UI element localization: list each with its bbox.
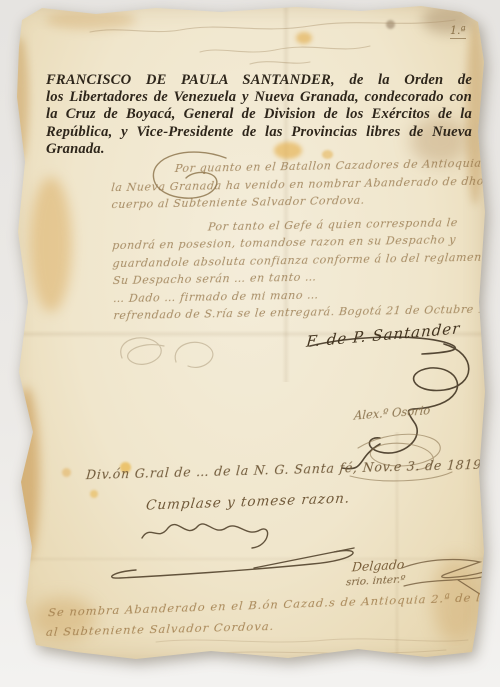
document-paper-wrapper: 1.ª FRANCISCO DE PAULA SANTANDER, de la … bbox=[6, 2, 490, 664]
header-line: República, y Vice-Presidente de las Prov… bbox=[46, 124, 472, 141]
header-line: los Libertadores de Venezuela y Nueva Gr… bbox=[46, 89, 472, 106]
registration-title: srio. inter.º bbox=[346, 573, 406, 588]
header-line: Granada. bbox=[46, 141, 472, 158]
stain bbox=[62, 468, 71, 477]
stain bbox=[90, 490, 98, 498]
printed-header: FRANCISCO DE PAULA SANTANDER, de la Orde… bbox=[46, 72, 472, 158]
docket-line: Se nombra Abanderado en el B.ón Cazad.s … bbox=[48, 589, 490, 620]
header-line: la Cruz de Boyacá, General de Division d… bbox=[46, 106, 472, 123]
stain bbox=[12, 387, 40, 562]
verso-ink-bleedthrough bbox=[60, 12, 460, 67]
stain bbox=[11, 37, 29, 162]
folio-mark: 1.ª bbox=[450, 24, 466, 39]
verso-ink-bleedthrough bbox=[146, 634, 476, 662]
registration-name: Delgado bbox=[351, 557, 405, 575]
photo-backdrop: 1.ª FRANCISCO DE PAULA SANTANDER, de la … bbox=[0, 0, 500, 687]
stain bbox=[30, 177, 72, 312]
document-paper: 1.ª FRANCISCO DE PAULA SANTANDER, de la … bbox=[6, 2, 490, 664]
manuscript-body: Por quanto en el Batallon Cazadores de A… bbox=[111, 157, 480, 327]
marginal-flourish bbox=[106, 322, 256, 382]
header-line: FRANCISCO DE PAULA SANTANDER, de la Orde… bbox=[46, 72, 472, 89]
endorsement-order: Cumplase y tomese razon. bbox=[145, 490, 351, 513]
